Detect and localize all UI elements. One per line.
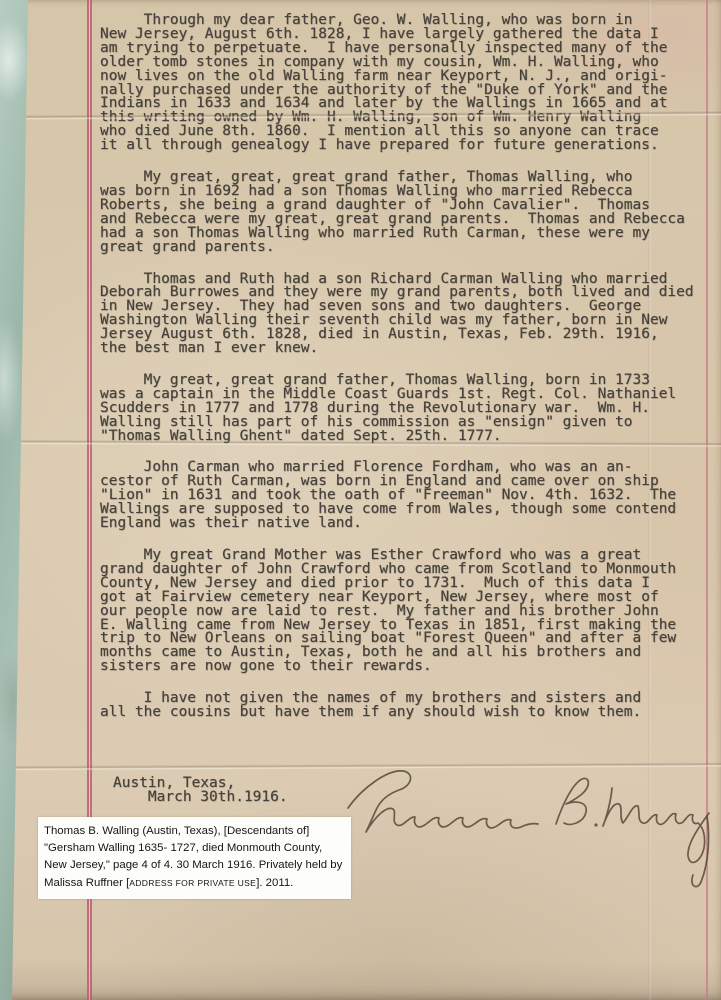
fold-crease-bottom: [0, 762, 721, 771]
letter-line: England was their native land.: [100, 517, 694, 531]
letter-body: Through my dear father, Geo. W. Walling,…: [100, 14, 694, 720]
signature-stroke-middle-initial: [556, 778, 588, 824]
citation-label: Thomas B. Walling (Austin, Texas), [Desc…: [38, 817, 351, 899]
letter-line: great grand parents.: [100, 241, 694, 255]
paragraph: Thomas and Ruth had a son Richard Carman…: [100, 273, 694, 356]
paragraph: I have not given the names of my brother…: [100, 692, 694, 720]
letter-line: it all through genealogy I have prepared…: [100, 139, 694, 153]
citation-line3-suffix: ]. 2011.: [256, 877, 293, 889]
paragraph: John Carman who married Florence Fordham…: [100, 461, 694, 531]
citation-line3-smallcaps: ADDRESS FOR PRIVATE USE: [129, 878, 256, 888]
closing-date: March 30th.1916.: [113, 791, 288, 805]
letter-line: the best man I ever knew.: [100, 342, 694, 356]
closing-block: Austin, Texas, March 30th.1916.: [113, 777, 288, 805]
signature-period: [594, 823, 597, 826]
paragraph: My great Grand Mother was Esther Crawfor…: [100, 549, 694, 674]
signature: Thomas B. Walling: [328, 744, 718, 894]
letter-line: "Thomas Walling Ghent" dated Sept. 25th.…: [100, 430, 694, 444]
paragraph: My great, great, great grand father, Tho…: [100, 171, 694, 254]
letter-line: all the cousins but have them if any sho…: [100, 706, 694, 720]
letter-line: sisters are now gone to their rewards.: [100, 660, 694, 674]
signature-stroke-last-name: [603, 788, 709, 862]
paragraph: My great, great grand father, Thomas Wal…: [100, 374, 694, 444]
signature-stroke-first-name: [348, 771, 538, 832]
margin-rule-right: [706, 0, 708, 1000]
paragraph: Through my dear father, Geo. W. Walling,…: [100, 14, 694, 153]
